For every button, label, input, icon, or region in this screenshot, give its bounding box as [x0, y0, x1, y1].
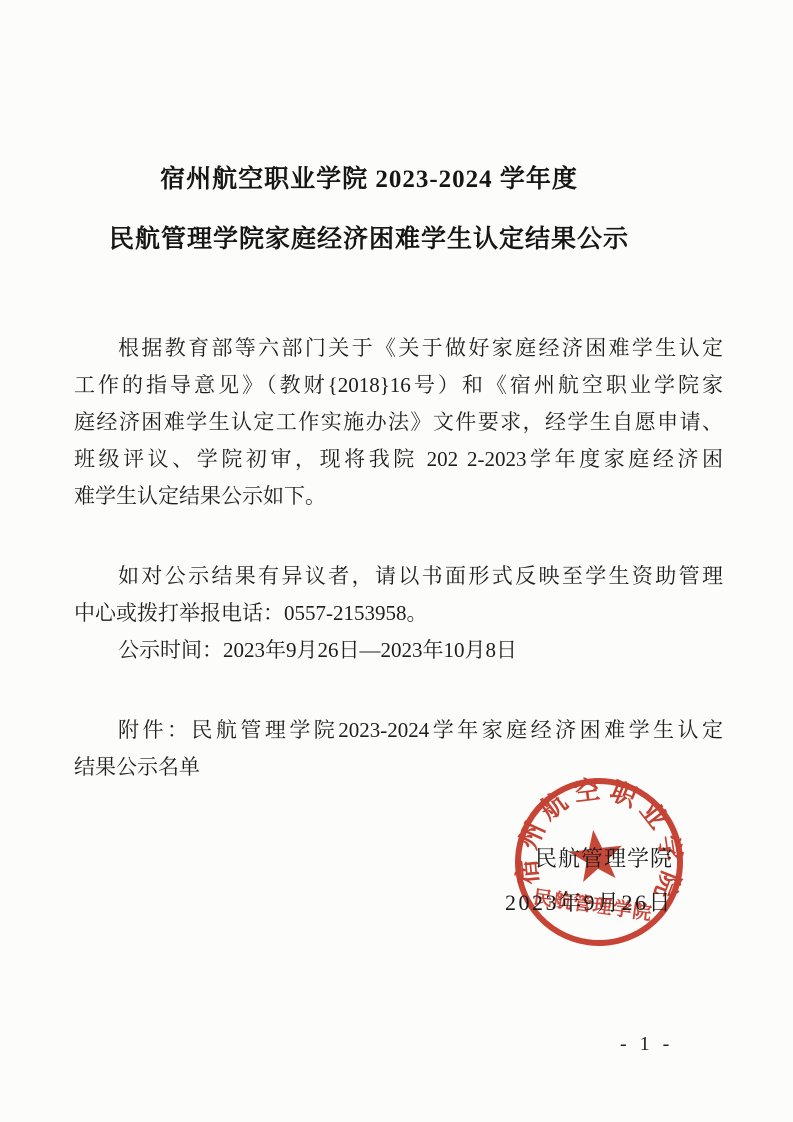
paragraph-basis: 根据教育部等六部门关于《关于做好家庭经济困难学生认定 工作的指导意见》（教财{2…: [74, 330, 723, 515]
paragraph-line: 中心或拨打举报电话：0557-2153958。: [74, 595, 723, 632]
page-number: - 1 -: [620, 1033, 673, 1056]
paragraph-line: 班级评议、学院初审，现将我院 202 2-2023学年度家庭经济困: [74, 441, 723, 478]
signature-date: 2023年9月26日: [505, 886, 673, 917]
paragraph-attachment: 附件：民航管理学院2023-2024学年家庭经济困难学生认定 结果公示名单: [74, 712, 723, 786]
paragraph-line: 难学生认定结果公示如下。: [74, 478, 723, 515]
publicity-period-line: 公示时间：2023年9月26日—2023年10月8日: [74, 632, 723, 669]
paragraph-line: 如对公示结果有异议者，请以书面形式反映至学生资助管理: [74, 558, 723, 595]
paragraph-line: 附件：民航管理学院2023-2024学年家庭经济困难学生认定: [74, 712, 723, 749]
paragraph-line: 工作的指导意见》（教财{2018}16号）和《宿州航空职业学院家: [74, 367, 723, 404]
paragraph-line: 根据教育部等六部门关于《关于做好家庭经济困难学生认定: [74, 330, 723, 367]
paragraph-objection: 如对公示结果有异议者，请以书面形式反映至学生资助管理 中心或拨打举报电话：055…: [74, 558, 723, 669]
document-title-line2: 民航管理学院家庭经济困难学生认定结果公示: [0, 225, 738, 255]
document-title-line1: 宿州航空职业学院 2023-2024 学年度: [0, 165, 738, 195]
paragraph-line: 庭经济困难学生认定工作实施办法》文件要求，经学生自愿申请、: [74, 404, 723, 441]
signature-organization: 民航管理学院: [535, 842, 673, 873]
document-page: 宿州航空职业学院 2023-2024 学年度 民航管理学院家庭经济困难学生认定结…: [0, 0, 793, 1122]
